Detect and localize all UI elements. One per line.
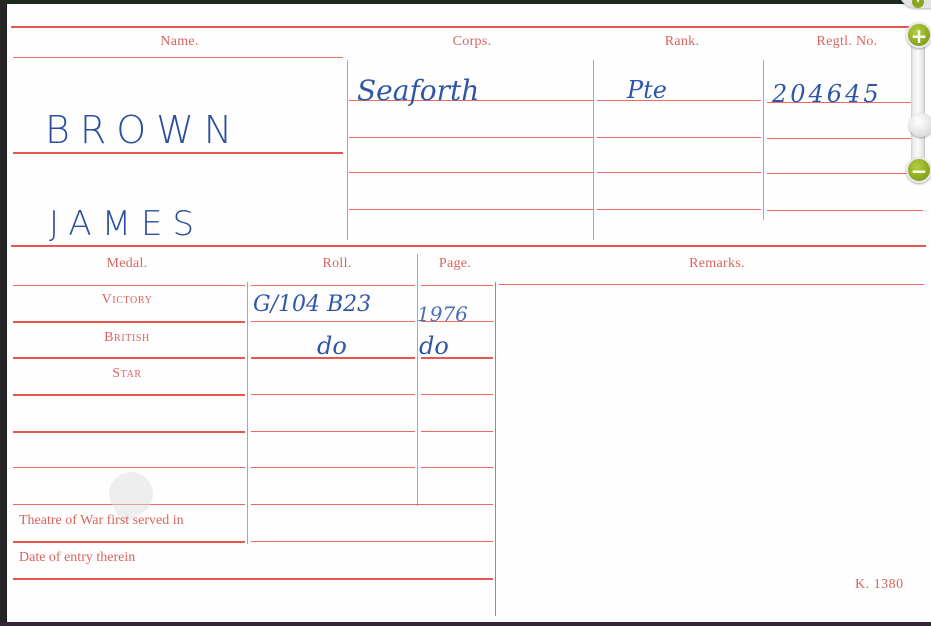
rule: [349, 137, 593, 138]
roll-header: Roll.: [277, 256, 397, 272]
page-value-british: do: [419, 332, 449, 360]
rule: [349, 172, 593, 173]
rule: [13, 578, 493, 580]
rule: [251, 431, 415, 432]
date-of-entry-label: Date of entry therein: [19, 550, 135, 566]
rule: [13, 431, 245, 433]
forename-value: JAMES: [49, 204, 204, 244]
rule: [251, 541, 493, 542]
rule: [251, 504, 493, 505]
rule: [597, 100, 761, 101]
page-value-victory: 1976: [417, 302, 468, 326]
roll-value-victory: G/104 B23: [253, 292, 371, 317]
regtl-no-header: Regtl. No.: [782, 34, 912, 50]
medal-index-card: Name. Corps. Rank. Regtl. No. BROWN JAME…: [6, 4, 931, 622]
corps-value: Seaforth: [357, 74, 479, 107]
rule: [13, 467, 245, 468]
rule: [421, 285, 493, 286]
theatre-of-war-label: Theatre of War first served in: [19, 513, 184, 529]
zoom-slider-thumb[interactable]: [909, 113, 931, 137]
viewer-frame-bottom: [0, 622, 931, 626]
rule: [421, 394, 493, 395]
divider: [347, 60, 348, 240]
medal-label-victory: Victory: [67, 292, 187, 308]
surname-value: BROWN: [45, 108, 242, 152]
rule: [597, 172, 761, 173]
rule: [11, 26, 926, 28]
rule: [597, 137, 761, 138]
form-number: K. 1380: [855, 577, 904, 593]
rule: [13, 57, 343, 58]
rule: [13, 357, 245, 359]
rule: [13, 394, 245, 396]
rank-header: Rank.: [617, 34, 747, 50]
rank-value: Pte: [627, 76, 667, 104]
divider: [763, 60, 764, 220]
image-viewer[interactable]: Name. Corps. Rank. Regtl. No. BROWN JAME…: [0, 0, 931, 626]
rule: [767, 138, 923, 139]
name-header: Name.: [107, 34, 252, 50]
rule: [767, 173, 923, 174]
divider: [247, 282, 248, 544]
divider: [417, 254, 418, 506]
divider: [495, 282, 496, 616]
zoom-control: + −: [906, 0, 931, 190]
rule: [349, 209, 593, 210]
divider: [593, 60, 594, 240]
zoom-in-button[interactable]: +: [906, 22, 931, 48]
corps-header: Corps.: [407, 34, 537, 50]
roll-value-british: do: [317, 332, 347, 360]
rule: [499, 284, 924, 285]
zoom-out-button[interactable]: −: [906, 157, 931, 183]
rule: [767, 210, 923, 211]
minus-icon: −: [911, 159, 928, 183]
medal-label-british: British: [67, 330, 187, 346]
zoom-slider-track[interactable]: [911, 40, 925, 172]
rule: [13, 285, 245, 286]
rule: [251, 467, 415, 468]
rule: [11, 245, 926, 247]
medal-header: Medal.: [67, 256, 187, 272]
rule: [251, 394, 415, 395]
rule: [13, 152, 343, 154]
rule: [251, 321, 415, 322]
plus-icon: +: [911, 24, 928, 48]
page-header: Page.: [419, 256, 491, 272]
rule: [421, 431, 493, 432]
rule: [421, 467, 493, 468]
medal-label-star: Star: [67, 366, 187, 382]
rule: [251, 285, 415, 286]
remarks-header: Remarks.: [647, 256, 787, 272]
regtl-no-value: 204645: [772, 80, 882, 108]
rule: [597, 209, 761, 210]
rule: [13, 321, 245, 323]
rule: [13, 541, 245, 543]
